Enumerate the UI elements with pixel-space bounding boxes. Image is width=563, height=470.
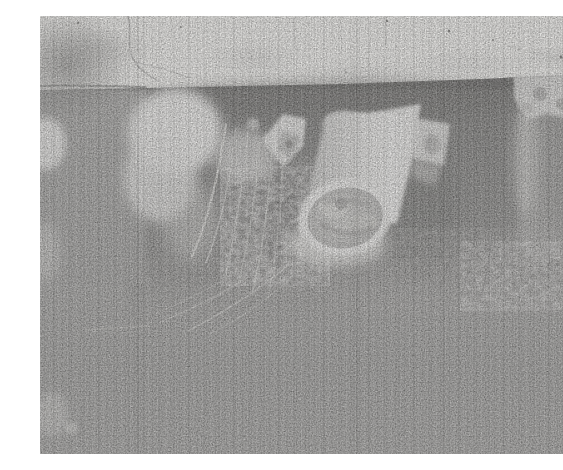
scanline-artifacts [40, 16, 563, 454]
photo-canvas [40, 16, 563, 454]
